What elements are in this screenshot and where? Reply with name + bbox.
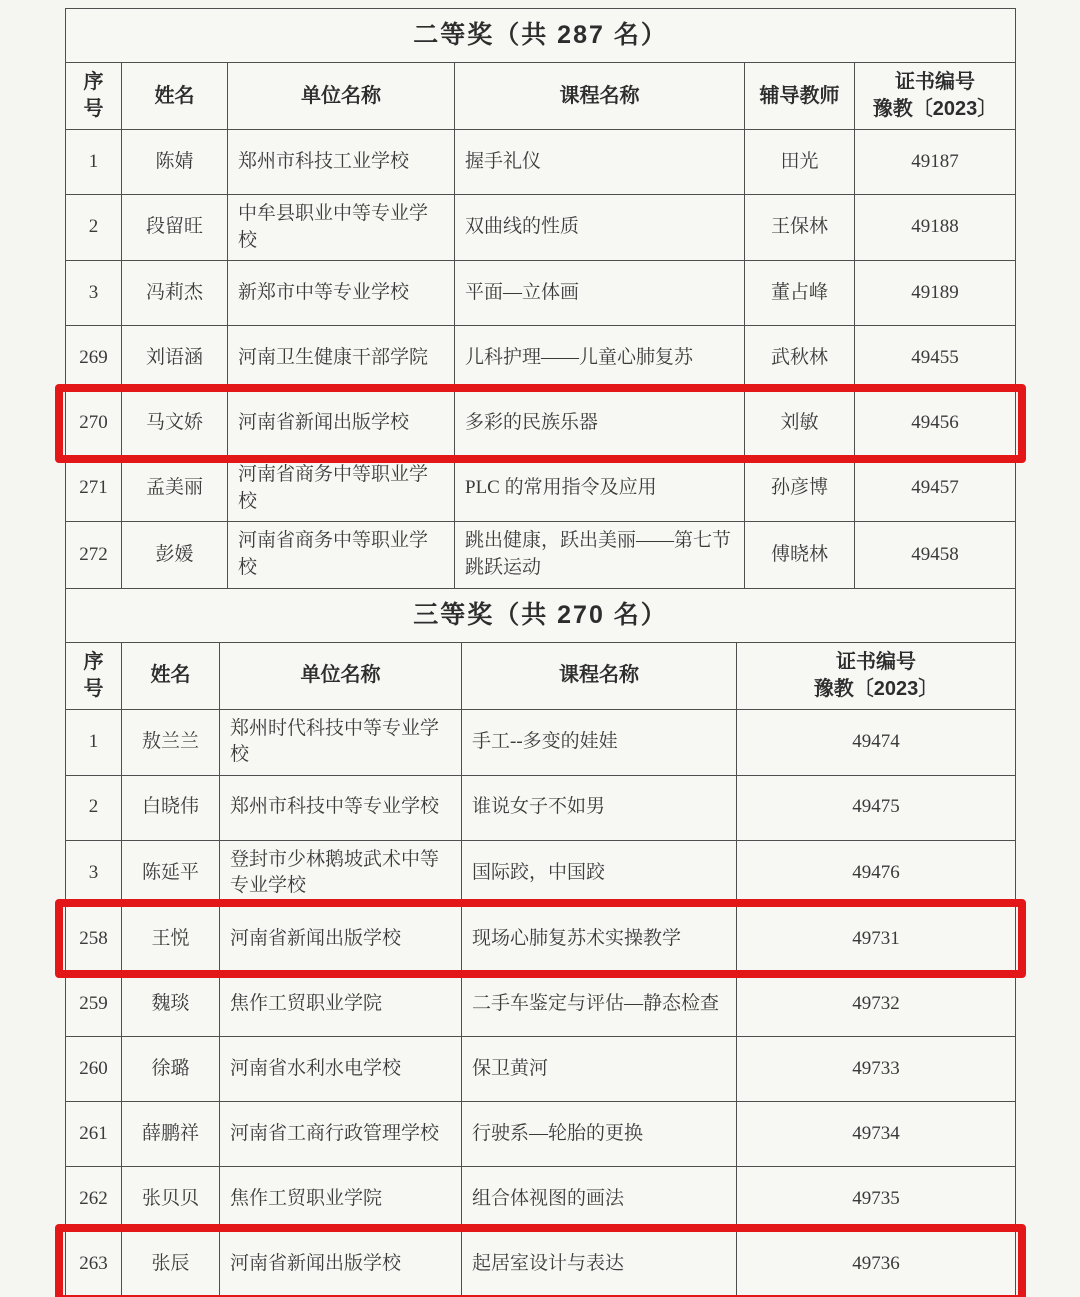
- table-row: 269 刘语涵 河南卫生健康干部学院 儿科护理——儿童心肺复苏 武秋林 4945…: [66, 326, 1016, 391]
- cell-teacher: 王保林: [745, 195, 855, 261]
- cell-unit: 河南省水利水电学校: [220, 1036, 462, 1101]
- cell-seq: 270: [66, 391, 122, 456]
- table-title-row: 二等奖（共 287 名）: [66, 9, 1016, 63]
- third-prize-table: 三等奖（共 270 名） 序号 姓名 单位名称 课程名称 证书编号豫教〔2023…: [65, 588, 1016, 1297]
- cell-cert: 49474: [737, 709, 1016, 775]
- cell-cert: 49732: [737, 971, 1016, 1036]
- table-row: 260 徐璐 河南省水利水电学校 保卫黄河 49733: [66, 1036, 1016, 1101]
- cell-teacher: 孙彦博: [745, 456, 855, 522]
- cell-cert: 49456: [855, 391, 1016, 456]
- cell-unit: 郑州市科技工业学校: [228, 130, 455, 195]
- table-row: 271 孟美丽 河南省商务中等职业学校 PLC 的常用指令及应用 孙彦博 494…: [66, 456, 1016, 522]
- cell-cert: 49736: [737, 1231, 1016, 1296]
- cell-cert: 49455: [855, 326, 1016, 391]
- cell-name: 敖兰兰: [122, 709, 220, 775]
- table-row: 3 冯莉杰 新郑市中等专业学校 平面—立体画 董占峰 49189: [66, 261, 1016, 326]
- cell-cert: 49733: [737, 1036, 1016, 1101]
- cell-course: 谁说女子不如男: [462, 775, 737, 840]
- cell-unit: 登封市少林鹅坡武术中等专业学校: [220, 840, 462, 906]
- cell-teacher: 傅晓林: [745, 522, 855, 588]
- cell-cert: 49476: [737, 840, 1016, 906]
- table-header-row: 序号 姓名 单位名称 课程名称 证书编号豫教〔2023〕: [66, 642, 1016, 709]
- cell-unit: 焦作工贸职业学院: [220, 971, 462, 1036]
- cell-name: 薛鹏祥: [122, 1101, 220, 1166]
- column-header-unit: 单位名称: [220, 642, 462, 709]
- cell-course: 现场心肺复苏术实操教学: [462, 906, 737, 971]
- column-header-cert: 证书编号豫教〔2023〕: [855, 63, 1016, 130]
- second-prize-title: 二等奖（共 287 名）: [66, 9, 1016, 63]
- cell-unit: 河南省工商行政管理学校: [220, 1101, 462, 1166]
- cell-seq: 269: [66, 326, 122, 391]
- cell-seq: 260: [66, 1036, 122, 1101]
- cell-cert: 49188: [855, 195, 1016, 261]
- cell-seq: 272: [66, 522, 122, 588]
- table-row: 263 张辰 河南省新闻出版学校 起居室设计与表达 49736: [66, 1231, 1016, 1296]
- cell-name: 白晓伟: [122, 775, 220, 840]
- cell-unit: 河南省新闻出版学校: [228, 391, 455, 456]
- table-header-row: 序号 姓名 单位名称 课程名称 辅导教师 证书编号豫教〔2023〕: [66, 63, 1016, 130]
- third-prize-table-head: 三等奖（共 270 名） 序号 姓名 单位名称 课程名称 证书编号豫教〔2023…: [66, 588, 1016, 709]
- table-row: 1 敖兰兰 郑州时代科技中等专业学校 手工--多变的娃娃 49474: [66, 709, 1016, 775]
- cell-teacher: 刘敏: [745, 391, 855, 456]
- cell-course: 双曲线的性质: [455, 195, 745, 261]
- cell-teacher: 武秋林: [745, 326, 855, 391]
- table-title-row: 三等奖（共 270 名）: [66, 588, 1016, 642]
- cell-course: 行驶系—轮胎的更换: [462, 1101, 737, 1166]
- cell-course: 手工--多变的娃娃: [462, 709, 737, 775]
- cell-name: 张贝贝: [122, 1166, 220, 1231]
- cell-cert: 49457: [855, 456, 1016, 522]
- cell-seq: 259: [66, 971, 122, 1036]
- cell-cert: 49731: [737, 906, 1016, 971]
- table-row: 2 白晓伟 郑州市科技中等专业学校 谁说女子不如男 49475: [66, 775, 1016, 840]
- table-row: 270 马文娇 河南省新闻出版学校 多彩的民族乐器 刘敏 49456: [66, 391, 1016, 456]
- table-row: 262 张贝贝 焦作工贸职业学院 组合体视图的画法 49735: [66, 1166, 1016, 1231]
- cell-name: 王悦: [122, 906, 220, 971]
- column-header-teacher: 辅导教师: [745, 63, 855, 130]
- cell-course: PLC 的常用指令及应用: [455, 456, 745, 522]
- cell-cert: 49475: [737, 775, 1016, 840]
- column-header-name: 姓名: [122, 642, 220, 709]
- cell-cert: 49187: [855, 130, 1016, 195]
- table-row: 3 陈延平 登封市少林鹅坡武术中等专业学校 国际跤，中国跤 49476: [66, 840, 1016, 906]
- cell-seq: 263: [66, 1231, 122, 1296]
- cell-seq: 3: [66, 840, 122, 906]
- cell-teacher: 田光: [745, 130, 855, 195]
- cell-name: 彭媛: [122, 522, 228, 588]
- cell-cert: 49734: [737, 1101, 1016, 1166]
- table-row: 258 王悦 河南省新闻出版学校 现场心肺复苏术实操教学 49731: [66, 906, 1016, 971]
- cell-name: 冯莉杰: [122, 261, 228, 326]
- cell-course: 握手礼仪: [455, 130, 745, 195]
- cell-name: 孟美丽: [122, 456, 228, 522]
- column-header-course: 课程名称: [462, 642, 737, 709]
- column-header-seq: 序号: [66, 63, 122, 130]
- cell-course: 儿科护理——儿童心肺复苏: [455, 326, 745, 391]
- cell-name: 陈延平: [122, 840, 220, 906]
- cell-unit: 河南省新闻出版学校: [220, 906, 462, 971]
- cell-course: 组合体视图的画法: [462, 1166, 737, 1231]
- cell-seq: 1: [66, 130, 122, 195]
- table-row: 259 魏琰 焦作工贸职业学院 二手车鉴定与评估—静态检查 49732: [66, 971, 1016, 1036]
- cell-course: 国际跤，中国跤: [462, 840, 737, 906]
- cell-name: 陈婧: [122, 130, 228, 195]
- cell-name: 魏琰: [122, 971, 220, 1036]
- cell-course: 二手车鉴定与评估—静态检查: [462, 971, 737, 1036]
- column-header-cert: 证书编号豫教〔2023〕: [737, 642, 1016, 709]
- third-prize-table-body: 1 敖兰兰 郑州时代科技中等专业学校 手工--多变的娃娃 49474 2 白晓伟…: [66, 709, 1016, 1296]
- cell-name: 张辰: [122, 1231, 220, 1296]
- cell-seq: 1: [66, 709, 122, 775]
- cell-cert: 49458: [855, 522, 1016, 588]
- cell-unit: 焦作工贸职业学院: [220, 1166, 462, 1231]
- cell-seq: 258: [66, 906, 122, 971]
- cell-name: 徐璐: [122, 1036, 220, 1101]
- cell-seq: 3: [66, 261, 122, 326]
- cell-course: 平面—立体画: [455, 261, 745, 326]
- cell-course: 多彩的民族乐器: [455, 391, 745, 456]
- cell-unit: 河南省新闻出版学校: [220, 1231, 462, 1296]
- award-list-page: 二等奖（共 287 名） 序号 姓名 单位名称 课程名称 辅导教师 证书编号豫教…: [0, 0, 1080, 1297]
- column-header-course: 课程名称: [455, 63, 745, 130]
- cell-teacher: 董占峰: [745, 261, 855, 326]
- cell-name: 段留旺: [122, 195, 228, 261]
- column-header-unit: 单位名称: [228, 63, 455, 130]
- cell-unit: 河南省商务中等职业学校: [228, 522, 455, 588]
- cell-course: 跳出健康，跃出美丽——第七节 跳跃运动: [455, 522, 745, 588]
- second-prize-table-body: 1 陈婧 郑州市科技工业学校 握手礼仪 田光 49187 2 段留旺 中牟县职业…: [66, 130, 1016, 589]
- table-row: 2 段留旺 中牟县职业中等专业学校 双曲线的性质 王保林 49188: [66, 195, 1016, 261]
- second-prize-table: 二等奖（共 287 名） 序号 姓名 单位名称 课程名称 辅导教师 证书编号豫教…: [65, 8, 1016, 589]
- cell-unit: 郑州市科技中等专业学校: [220, 775, 462, 840]
- cell-unit: 河南卫生健康干部学院: [228, 326, 455, 391]
- cell-cert: 49735: [737, 1166, 1016, 1231]
- cell-unit: 中牟县职业中等专业学校: [228, 195, 455, 261]
- cell-cert: 49189: [855, 261, 1016, 326]
- column-header-name: 姓名: [122, 63, 228, 130]
- cell-unit: 郑州时代科技中等专业学校: [220, 709, 462, 775]
- table-row: 1 陈婧 郑州市科技工业学校 握手礼仪 田光 49187: [66, 130, 1016, 195]
- cell-seq: 271: [66, 456, 122, 522]
- cell-seq: 2: [66, 195, 122, 261]
- cell-unit: 河南省商务中等职业学校: [228, 456, 455, 522]
- cell-name: 马文娇: [122, 391, 228, 456]
- column-header-seq: 序号: [66, 642, 122, 709]
- table-row: 261 薛鹏祥 河南省工商行政管理学校 行驶系—轮胎的更换 49734: [66, 1101, 1016, 1166]
- cell-name: 刘语涵: [122, 326, 228, 391]
- second-prize-table-head: 二等奖（共 287 名） 序号 姓名 单位名称 课程名称 辅导教师 证书编号豫教…: [66, 9, 1016, 130]
- table-row: 272 彭媛 河南省商务中等职业学校 跳出健康，跃出美丽——第七节 跳跃运动 傅…: [66, 522, 1016, 588]
- cell-seq: 261: [66, 1101, 122, 1166]
- cell-course: 保卫黄河: [462, 1036, 737, 1101]
- cell-seq: 2: [66, 775, 122, 840]
- cell-seq: 262: [66, 1166, 122, 1231]
- third-prize-title: 三等奖（共 270 名）: [66, 588, 1016, 642]
- cell-course: 起居室设计与表达: [462, 1231, 737, 1296]
- cell-unit: 新郑市中等专业学校: [228, 261, 455, 326]
